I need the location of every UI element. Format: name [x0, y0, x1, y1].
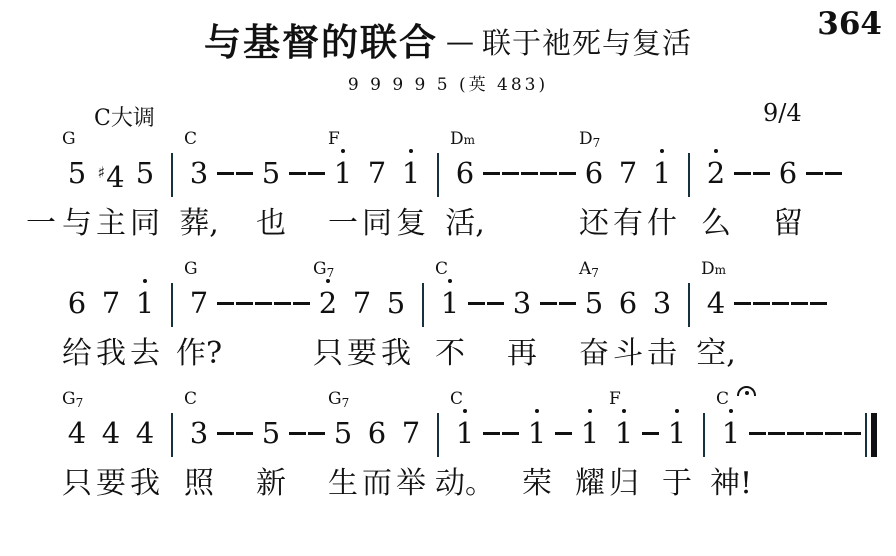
meter-info: 9 9 9 9 5 (英 483): [0, 70, 896, 95]
note: 4G7只: [60, 416, 94, 452]
duration-dash: [733, 156, 752, 192]
octave-dot: [675, 409, 679, 413]
music-line-1: 5G与♯4主5同3C葬,5也1F一7同1复6Dm活,6D7还7有1什2么6留: [60, 156, 843, 192]
barline: [162, 416, 182, 452]
chord-label: D7: [579, 131, 600, 149]
chord-suffix: m: [715, 263, 726, 277]
lyric-syllable: 还: [579, 209, 609, 239]
note: 5我: [379, 286, 413, 322]
lyric-syllable: 我: [381, 339, 411, 369]
final-barline: [862, 416, 880, 452]
chord-suffix: m: [464, 133, 475, 147]
duration-dash: [216, 416, 235, 452]
duration-dash: [539, 156, 558, 192]
lyric-syllable: 只: [313, 339, 343, 369]
duration-dash: [235, 416, 254, 452]
chord-label: G7: [328, 391, 349, 409]
lyric-syllable: 留: [773, 209, 803, 239]
lyric-syllable: 作?: [176, 339, 222, 369]
note: 4我: [128, 416, 162, 452]
note: 3再: [505, 286, 539, 322]
chord-label: Dm: [450, 131, 475, 148]
duration-dash: [554, 416, 573, 452]
note: 7G作?: [182, 286, 216, 322]
lyric-syllable: 于: [662, 469, 692, 499]
note: 3击: [645, 286, 679, 322]
duration-dash: [235, 286, 254, 322]
chord-label: F: [609, 391, 621, 408]
chord-suffix: 7: [327, 266, 335, 280]
octave-dot: [448, 279, 452, 283]
note: 6留: [771, 156, 805, 192]
note: 6给: [60, 286, 94, 322]
lyric-syllable: 么: [701, 209, 731, 239]
octave-dot: [588, 409, 592, 413]
duration-dash: [771, 286, 790, 322]
lyric-syllable: 活,: [445, 209, 485, 239]
lyric-syllable: 有: [613, 209, 643, 239]
duration-dash: [501, 156, 520, 192]
barline: [413, 286, 433, 322]
duration-dash: [216, 286, 235, 322]
lyric-syllable: 主: [96, 209, 126, 239]
note: 1于: [660, 416, 694, 452]
octave-dot: [341, 149, 345, 153]
duration-dash: [307, 156, 326, 192]
duration-dash: [254, 286, 273, 322]
note: 7同: [360, 156, 394, 192]
hymn-title-main: 与基督的联合: [204, 20, 438, 64]
chord-label: G7: [313, 261, 334, 279]
lyric-syllable: 照: [184, 469, 214, 499]
chord-label: Dm: [701, 261, 726, 278]
note: 5同: [128, 156, 162, 192]
duration-dash: [809, 286, 828, 322]
barline: [428, 156, 448, 192]
octave-dot: [143, 279, 147, 283]
duration-dash: [752, 286, 771, 322]
lyric-syllable: 什: [647, 209, 677, 239]
lyric-syllable: 耀: [575, 469, 605, 499]
title-dash: —: [446, 25, 474, 58]
note: 2G7只: [311, 286, 345, 322]
note: 6而: [360, 416, 394, 452]
note: 4Dm空,: [699, 286, 733, 322]
key-signature: C大调: [94, 101, 155, 132]
note: 7举: [394, 416, 428, 452]
duration-dash: [824, 156, 843, 192]
note: 7要: [345, 286, 379, 322]
duration-dash: [733, 286, 752, 322]
note: 1F一: [326, 156, 360, 192]
sharp-accidental: ♯: [97, 163, 105, 182]
duration-dash: [786, 416, 805, 452]
lyric-syllable: 要: [347, 339, 377, 369]
lyric-syllable: 给: [62, 339, 92, 369]
octave-dot: [714, 149, 718, 153]
barline: [679, 286, 699, 322]
octave-dot: [535, 409, 539, 413]
note: 6D7还: [577, 156, 611, 192]
music-line-3: 4G7只4要4我3C照5新5G7生6而7举1C动。1荣1耀1F归1于1C神!: [60, 416, 880, 452]
duration-dash: [824, 416, 843, 452]
note: ♯4主: [94, 156, 128, 192]
lyric-syllable: 生: [328, 469, 358, 499]
hymn-page: 364 与基督的联合—联于祂死与复活 9 9 9 9 5 (英 483) C大调…: [0, 0, 896, 556]
note: 1去: [128, 286, 162, 322]
duration-dash: [539, 286, 558, 322]
barline: [162, 156, 182, 192]
duration-dash: [486, 286, 505, 322]
note: 5G与: [60, 156, 94, 192]
lyric-syllable: 要: [96, 469, 126, 499]
fermata-icon: [737, 386, 756, 396]
duration-dash: [805, 416, 824, 452]
lyric-syllable: 新: [256, 469, 286, 499]
chord-label: C: [450, 391, 463, 408]
lyric-syllable: 击: [647, 339, 677, 369]
octave-dot: [409, 149, 413, 153]
chord-label: G7: [62, 391, 83, 409]
lyric-syllable: 复: [396, 209, 426, 239]
barline: [694, 416, 714, 452]
lyric-syllable: 与: [62, 209, 92, 239]
lyric-syllable: 我: [130, 469, 160, 499]
note: 1复: [394, 156, 428, 192]
duration-dash: [307, 416, 326, 452]
octave-dot: [660, 149, 664, 153]
chord-suffix: 7: [591, 266, 599, 280]
chord-label: C: [184, 131, 197, 148]
duration-dash: [482, 156, 501, 192]
lyric-syllable: 不: [435, 339, 465, 369]
octave-dot: [729, 409, 733, 413]
time-signature: 9/4: [763, 99, 802, 127]
note: 1C动。: [448, 416, 482, 452]
chord-label: C: [184, 391, 197, 408]
note: 1C不: [433, 286, 467, 322]
note: 5新: [254, 416, 288, 452]
note: 7有: [611, 156, 645, 192]
lyric-syllable: 归: [609, 469, 639, 499]
chord-suffix: 7: [342, 396, 350, 410]
chord-label: C: [435, 261, 448, 278]
duration-dash: [752, 156, 771, 192]
lyric-syllable: 葬,: [179, 209, 219, 239]
lyric-syllable: 空,: [696, 339, 736, 369]
octave-dot: [622, 409, 626, 413]
note: 7我: [94, 286, 128, 322]
lyric-syllable: 同: [130, 209, 160, 239]
duration-dash: [790, 286, 809, 322]
chord-label: G: [62, 131, 76, 148]
note: 5也: [254, 156, 288, 192]
note: 1C神!: [714, 416, 748, 452]
note: 1什: [645, 156, 679, 192]
duration-dash: [767, 416, 786, 452]
lyric-syllable: 也: [256, 209, 286, 239]
music-line-2: 6给7我1去7G作?2G7只7要5我1C不3再5A7奋6斗3击4Dm空,: [60, 286, 828, 322]
lyric-syllable: 只: [62, 469, 92, 499]
lyric-syllable: 同: [362, 209, 392, 239]
duration-dash: [288, 416, 307, 452]
chord-label: A7: [579, 261, 599, 279]
note: 1荣: [520, 416, 554, 452]
duration-dash: [520, 156, 539, 192]
duration-dash: [641, 416, 660, 452]
lyric-syllable: 我: [96, 339, 126, 369]
duration-dash: [843, 416, 862, 452]
note: 3C葬,: [182, 156, 216, 192]
chord-label: F: [328, 131, 340, 148]
duration-dash: [288, 156, 307, 192]
lyric-syllable: 动。: [435, 469, 495, 499]
note: 6斗: [611, 286, 645, 322]
barline: [428, 416, 448, 452]
note: 1耀: [573, 416, 607, 452]
octave-dot: [463, 409, 467, 413]
lyric-syllable: 奋: [579, 339, 609, 369]
duration-dash: [482, 416, 501, 452]
note: 5G7生: [326, 416, 360, 452]
chord-label: C: [716, 391, 729, 408]
lyric-syllable: 神!: [710, 469, 752, 499]
duration-dash: [467, 286, 486, 322]
verse-number: 一: [26, 209, 56, 239]
duration-dash: [558, 286, 577, 322]
duration-dash: [216, 156, 235, 192]
barline: [679, 156, 699, 192]
lyric-syllable: 再: [507, 339, 537, 369]
chord-suffix: 7: [76, 396, 84, 410]
lyric-syllable: 去: [130, 339, 160, 369]
lyric-syllable: 斗: [613, 339, 643, 369]
chord-suffix: 7: [593, 136, 601, 150]
duration-dash: [273, 286, 292, 322]
duration-dash: [748, 416, 767, 452]
duration-dash: [292, 286, 311, 322]
note: 3C照: [182, 416, 216, 452]
lyric-syllable: 举: [396, 469, 426, 499]
duration-dash: [805, 156, 824, 192]
chord-label: G: [184, 261, 198, 278]
duration-dash: [501, 416, 520, 452]
lyric-syllable: 一: [328, 209, 358, 239]
hymn-title: 与基督的联合—联于祂死与复活: [0, 12, 896, 66]
note: 5A7奋: [577, 286, 611, 322]
duration-dash: [558, 156, 577, 192]
note: 1F归: [607, 416, 641, 452]
hymn-title-sub: 联于祂死与复活: [482, 26, 692, 60]
note: 4要: [94, 416, 128, 452]
duration-dash: [235, 156, 254, 192]
lyric-syllable: 而: [362, 469, 392, 499]
note: 2么: [699, 156, 733, 192]
note: 6Dm活,: [448, 156, 482, 192]
lyric-syllable: 荣: [522, 469, 552, 499]
barline: [162, 286, 182, 322]
